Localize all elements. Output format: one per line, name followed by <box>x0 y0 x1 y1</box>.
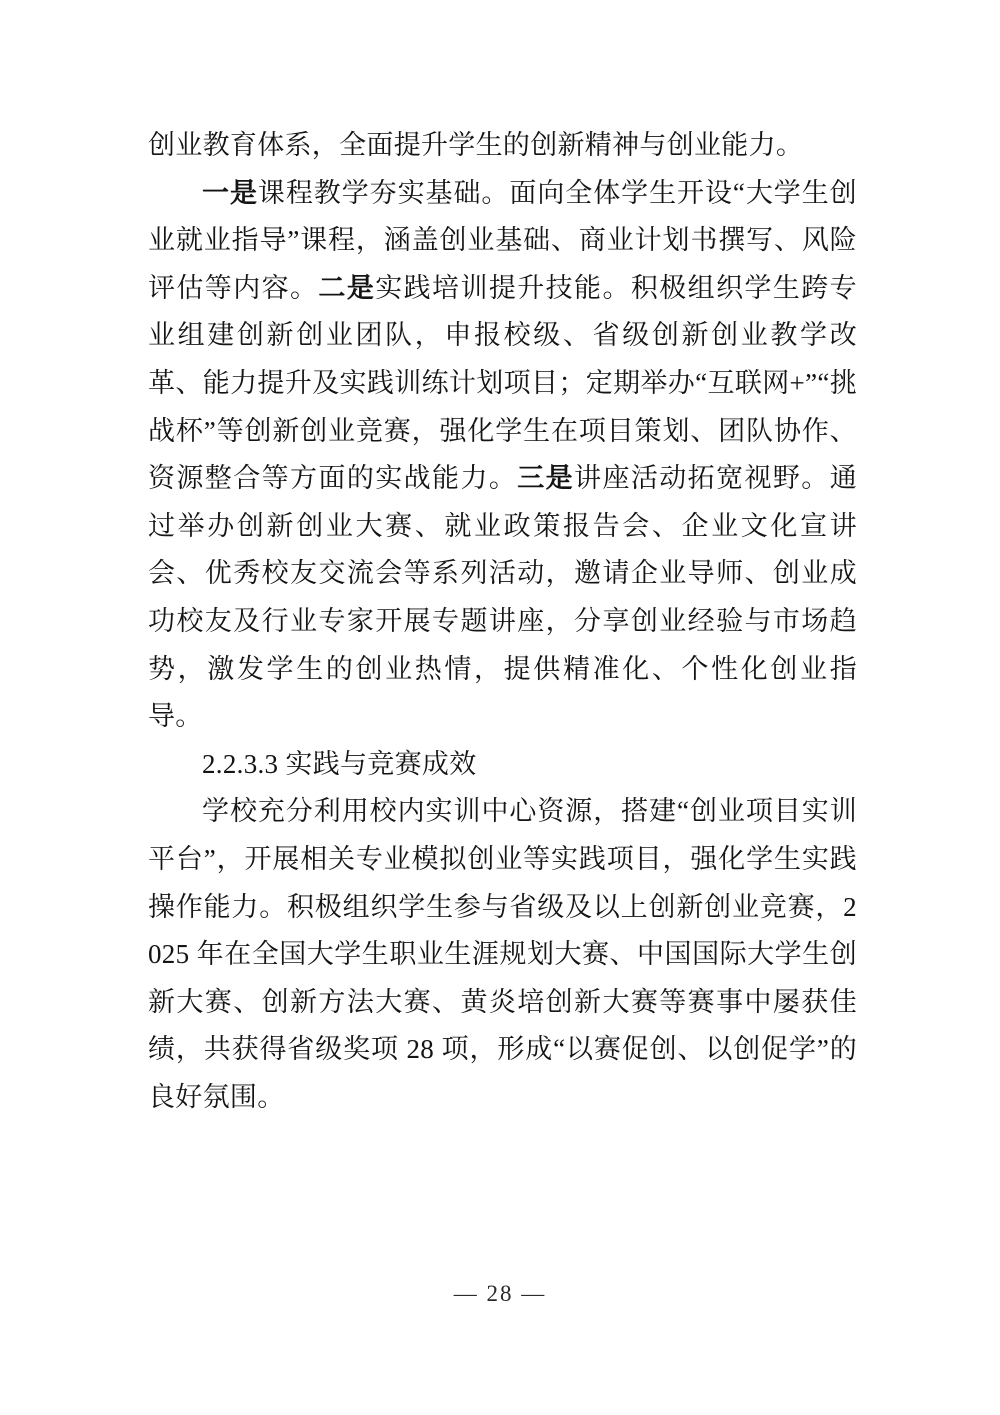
text-run: 2.2.3.3 实践与竞赛成效 <box>202 749 477 779</box>
page-number: — 28 — <box>0 1281 1000 1307</box>
document-body: 创业教育体系，全面提升学生的创新精神与创业能力。一是课程教学夯实基础。面向全体学… <box>148 122 857 1121</box>
section-heading: 2.2.3.3 实践与竞赛成效 <box>148 741 857 789</box>
paragraph: 学校充分利用校内实训中心资源，搭建“创业项目实训平台”，开展相关专业模拟创业等实… <box>148 788 857 1121</box>
paragraph: 一是课程教学夯实基础。面向全体学生开设“大学生创业就业指导”课程，涵盖创业基础、… <box>148 170 857 741</box>
document-page: 创业教育体系，全面提升学生的创新精神与创业能力。一是课程教学夯实基础。面向全体学… <box>0 0 1000 1415</box>
text-run: 学校充分利用校内实训中心资源，搭建“创业项目实训平台”，开展相关专业模拟创业等实… <box>148 796 857 1112</box>
text-run: 实践培训提升技能。积极组织学生跨专业组建创新创业团队，申报校级、省级创新创业教学… <box>148 273 857 493</box>
bold-run: 三是 <box>517 463 574 493</box>
bold-run: 一是 <box>202 178 258 208</box>
bold-run: 二是 <box>318 273 375 303</box>
text-run: 讲座活动拓宽视野。通过举办创新创业大赛、就业政策报告会、企业文化宣讲会、优秀校友… <box>148 463 857 731</box>
text-run: 创业教育体系，全面提升学生的创新精神与创业能力。 <box>148 130 803 160</box>
paragraph: 创业教育体系，全面提升学生的创新精神与创业能力。 <box>148 122 857 170</box>
